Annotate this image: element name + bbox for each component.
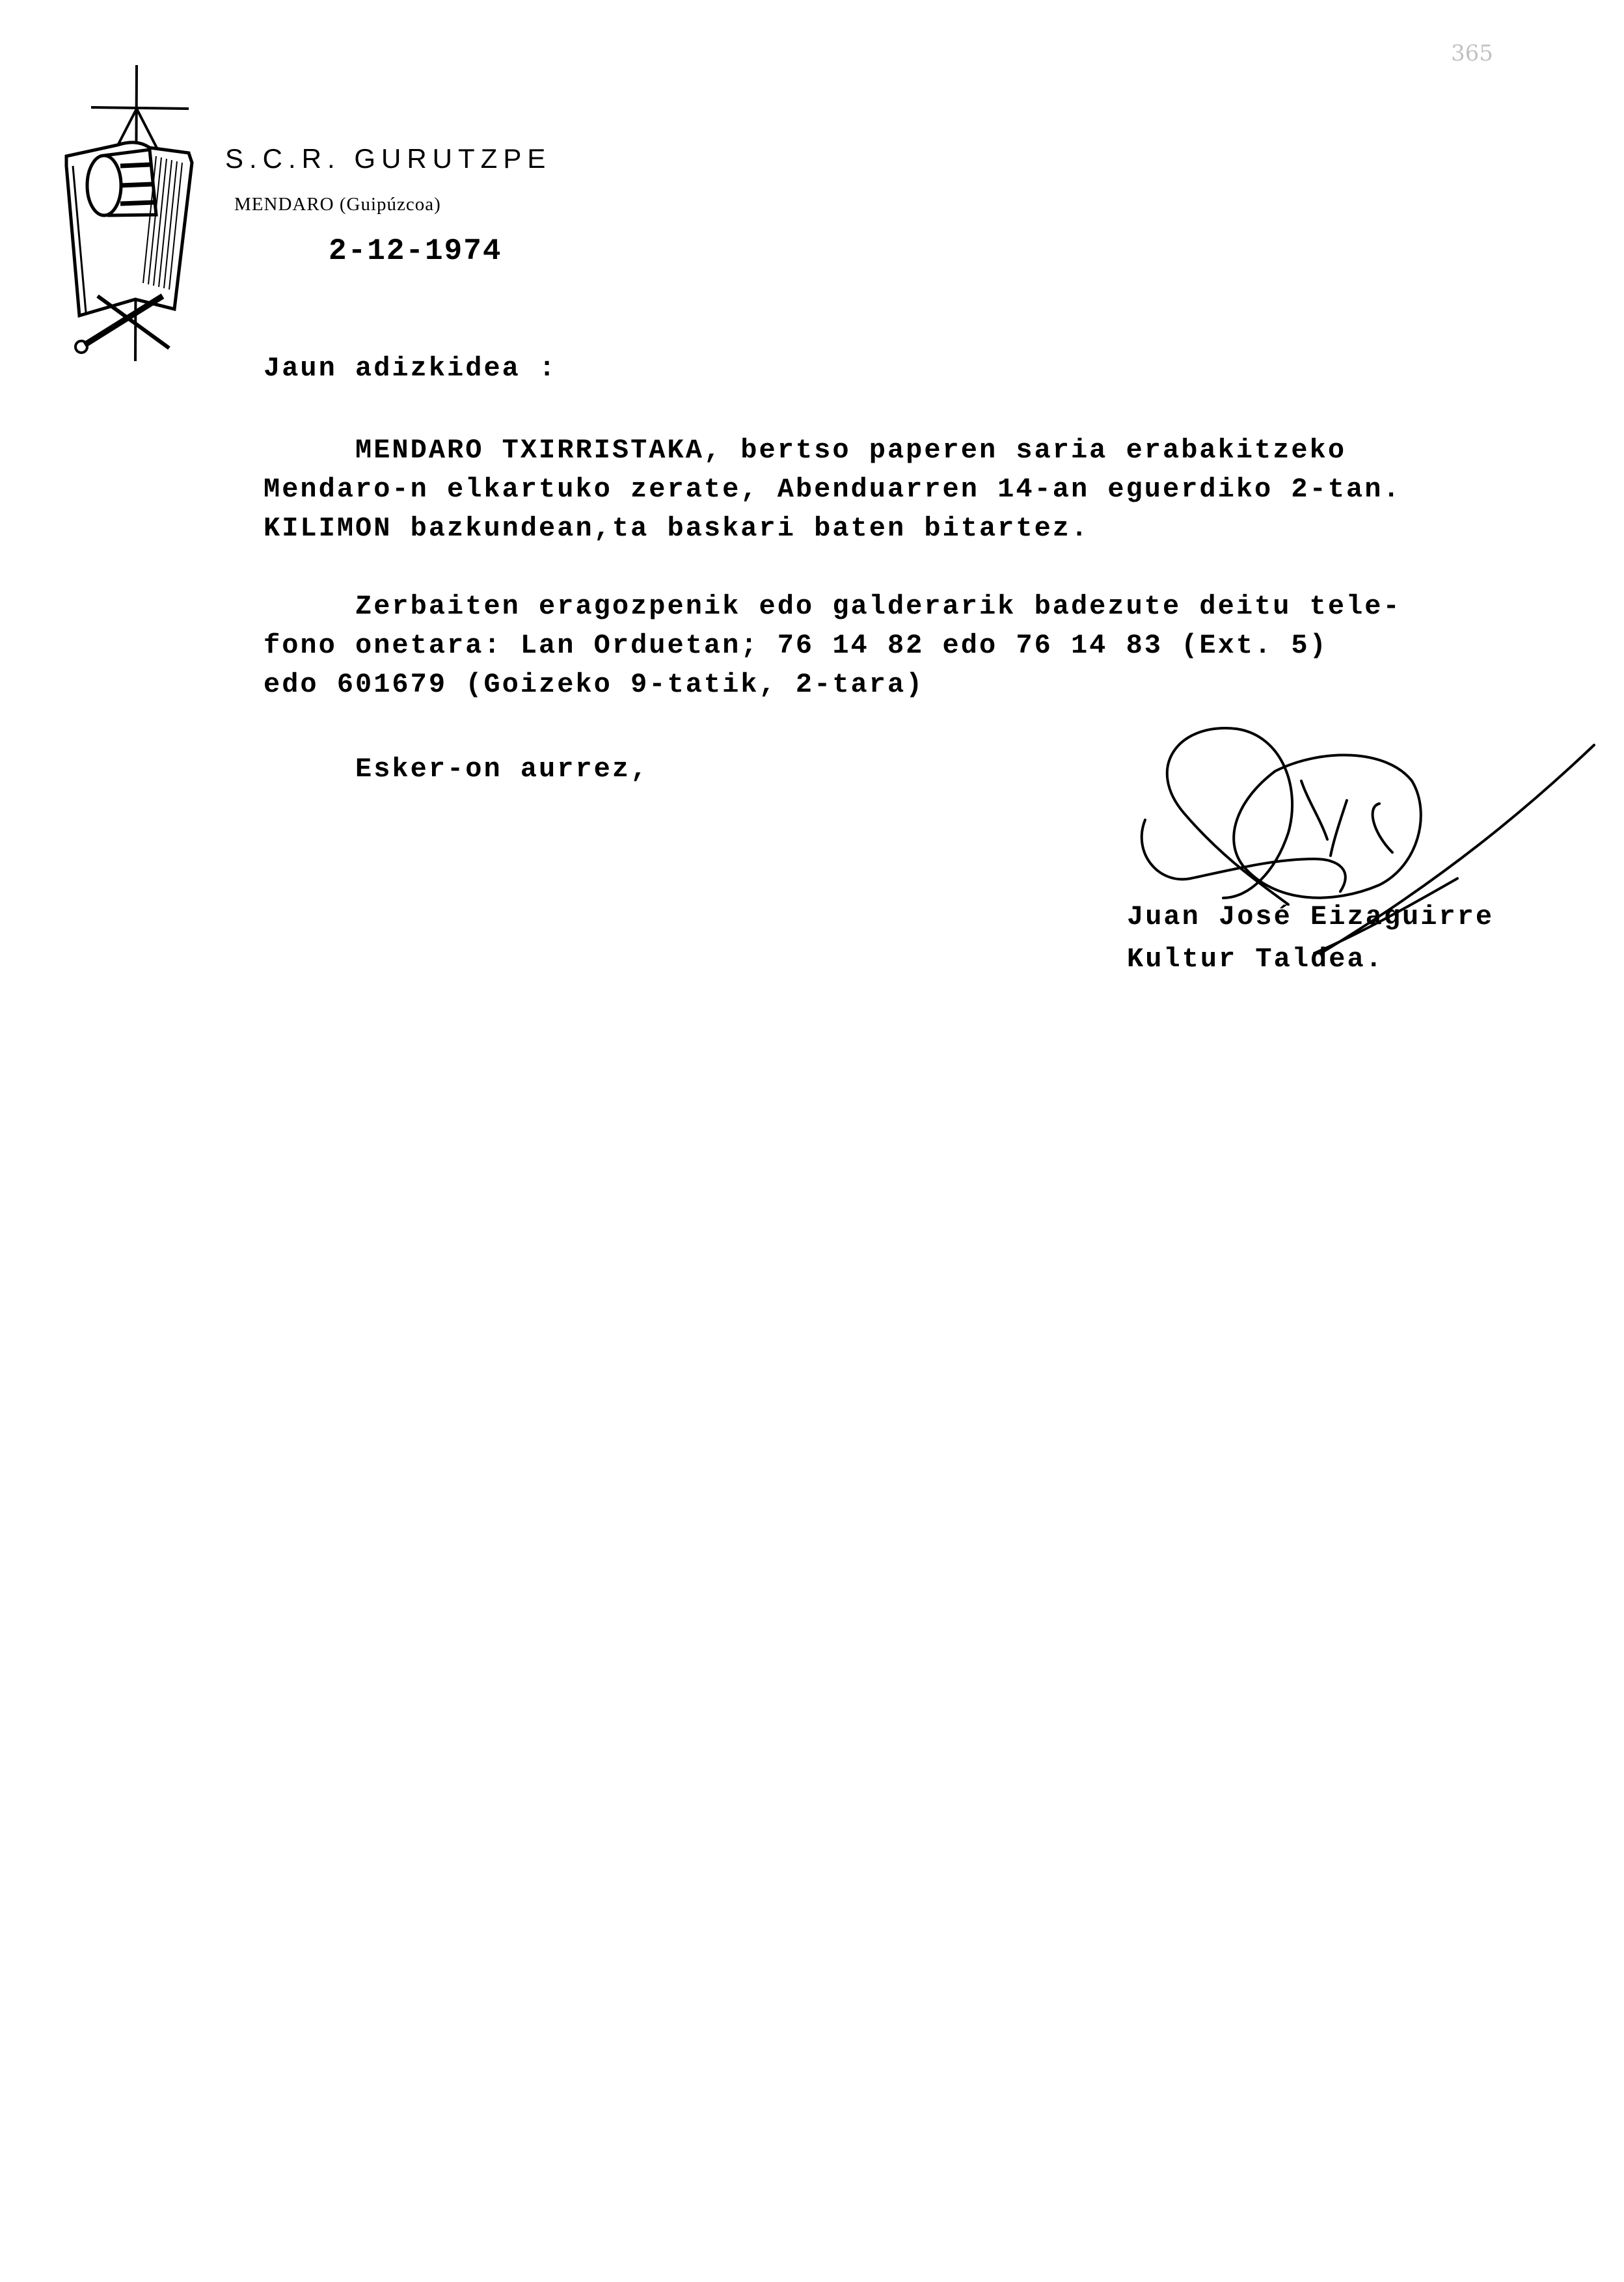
organization-name: S.C.R. GURUTZPE	[225, 143, 551, 174]
paragraph-line: fono onetara: Lan Orduetan; 76 14 82 edo…	[264, 630, 1328, 661]
organization-location: MENDARO (Guipúzcoa)	[234, 194, 441, 215]
signer-name: Juan José Eizaguirre	[1127, 901, 1494, 932]
music-stand-logo-icon	[59, 62, 228, 368]
signer-group: Kultur Taldea.	[1127, 944, 1384, 975]
paragraph-line: KILIMON bazkundean,ta baskari baten bita…	[264, 513, 1089, 544]
paragraph-line: MENDARO TXIRRISTAKA, bertso paperen sari…	[264, 435, 1346, 466]
paragraph-line: edo 601679 (Goizeko 9-tatik, 2-tara)	[264, 669, 924, 700]
margin-pencil-note: 365	[1451, 40, 1493, 66]
paragraph-line: Mendaro-n elkartuko zerate, Abenduarren …	[264, 474, 1401, 505]
letter-date: 2-12-1974	[329, 234, 502, 268]
salutation: Jaun adizkidea :	[264, 353, 557, 384]
closing: Esker-on aurrez,	[264, 754, 649, 785]
paragraph-line: Zerbaiten eragozpenik edo galderarik bad…	[264, 591, 1401, 622]
